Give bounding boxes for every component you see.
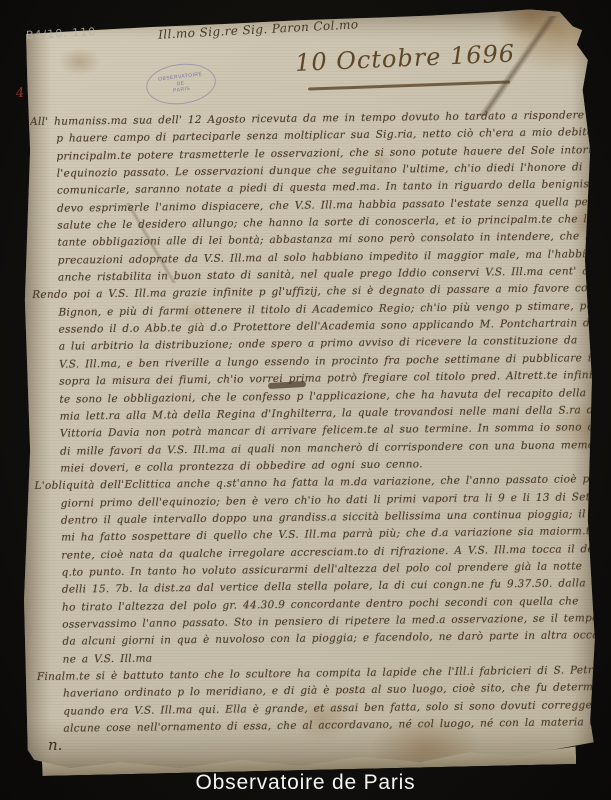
red-ink-mark: 4 <box>15 86 25 102</box>
stamp-line: PARIS <box>173 87 191 95</box>
page-mark: n. <box>48 736 62 754</box>
letter-body: All' humaniss.ma sua dell' 12 Agosto ric… <box>30 109 598 740</box>
manuscript-page: Ill.mo Sig.re Sig. Paron Col.mo 10 Octob… <box>22 8 600 772</box>
institution-caption: Observatoire de Paris <box>0 771 611 795</box>
letter-salutation: Ill.mo Sig.re Sig. Paron Col.mo <box>158 16 378 41</box>
photograph-scene: Ill.mo Sig.re Sig. Paron Col.mo 10 Octob… <box>0 0 611 800</box>
observatoire-oval-stamp: OBSERVATOIRE DE PARIS <box>144 60 218 108</box>
